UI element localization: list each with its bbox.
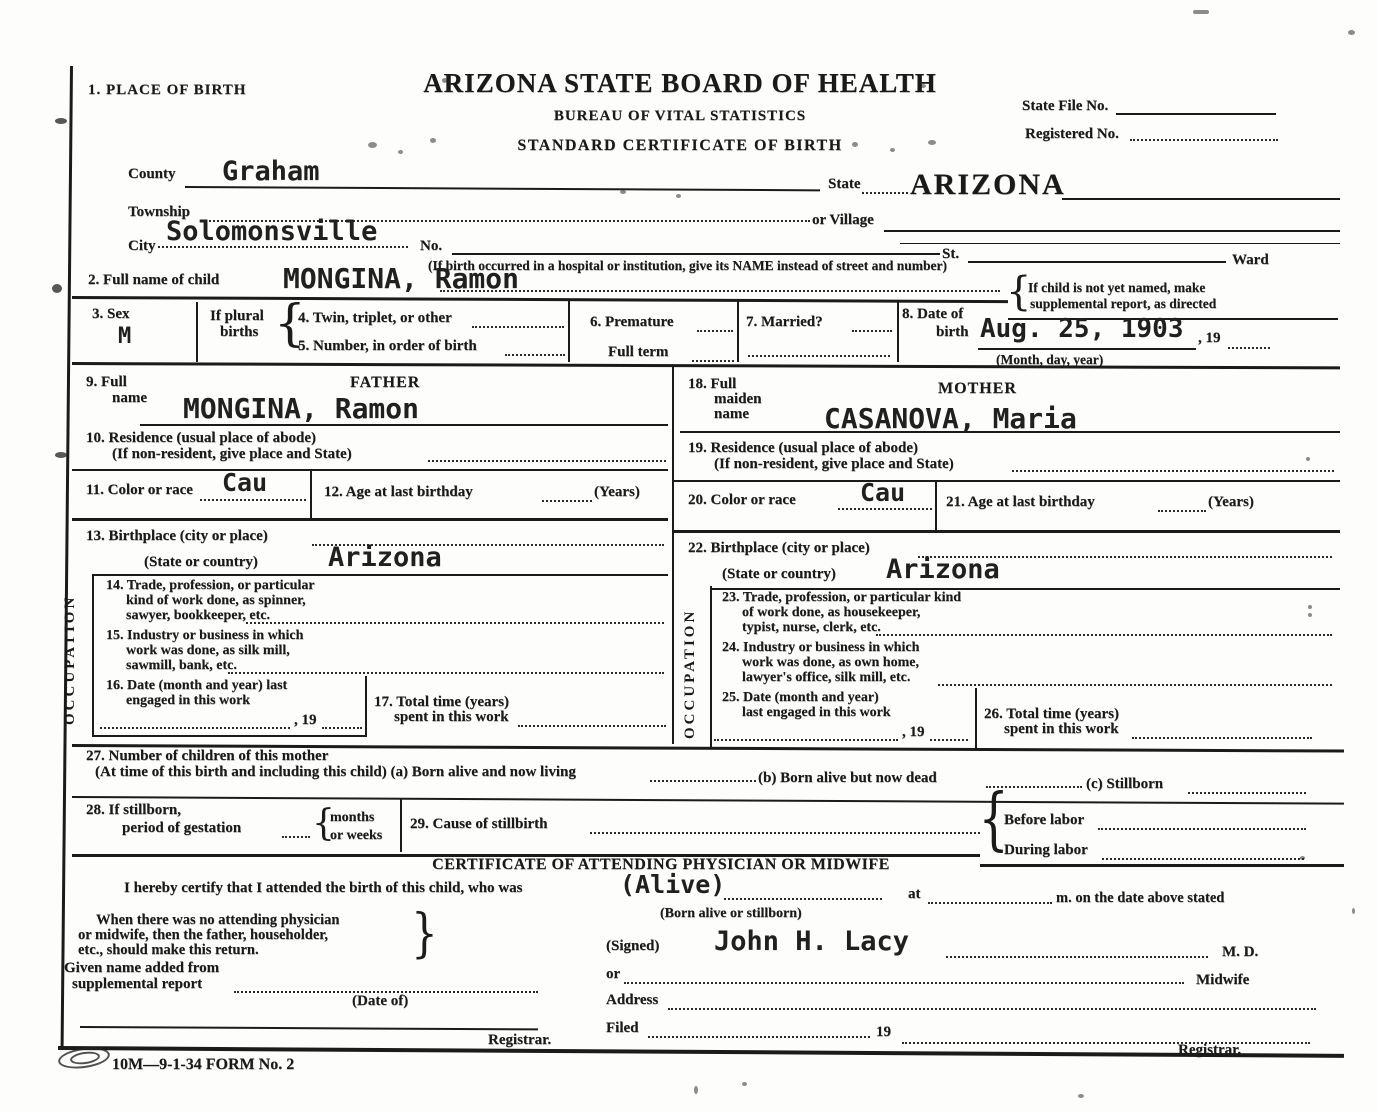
at-time-line [928,902,1052,904]
father-birthplace-value: Arizona [328,542,442,573]
scan-speck [676,194,681,198]
certify-statement: I hereby certify that I attended the bir… [124,880,522,897]
father-race-value: Cau [222,468,267,497]
months-label: months [330,810,374,826]
mother-industry-label-2: work was done, as own home, [742,655,919,671]
plural-births-label-2: births [220,324,258,341]
stillbirth-divider [400,798,402,852]
thick-rule-stillbirth-right [980,864,1344,867]
divider-plural [568,300,570,362]
father-age-label: 12. Age at last birthday [324,484,473,501]
scan-speck [694,1086,698,1094]
mother-date-last-line [714,739,898,741]
address-line [668,1008,1316,1010]
before-labor-line [1098,828,1306,830]
mother-residence-line [1012,470,1334,472]
stillborn-count-line [1188,792,1306,794]
mother-date-last-label-2: last engaged in this work [742,705,891,721]
village-line-2 [900,243,1340,244]
mother-name-line [680,431,1340,433]
father-fullname-label-1: 9. Full [86,374,127,391]
signed-value: John H. Lacy [714,926,909,957]
married-label: 7. Married? [746,314,823,331]
child-note-line2: supplemental report, as directed [1030,296,1216,312]
father-residence-note: (If non-resident, give place and State) [112,446,352,463]
state-leader [862,192,908,194]
state-line [1062,198,1340,200]
mother-age-line [1158,510,1206,512]
dob-19-line [1228,347,1270,349]
mother-race-value: Cau [860,478,905,507]
on-date-label: m. on the date above stated [1056,890,1224,907]
scan-speck [52,284,62,293]
registered-no-label: Registered No. [1025,126,1119,143]
date-of-note: (Date of) [352,993,408,1010]
county-value: Graham [222,156,320,187]
mother-industry-line [938,684,1332,686]
father-trade-line [246,622,664,624]
mother-age-years-label: (Years) [1208,494,1254,511]
filed-line [648,1036,870,1038]
mother-trade-label-2: of work done, as housekeeper, [742,605,920,621]
mother-race-age-divider [935,482,937,530]
rule-row27 [72,796,1344,805]
mother-industry-label-3: lawyer's office, silk mill, etc. [742,670,910,686]
mother-date-last-label-1: 25. Date (month and year) [722,690,879,706]
children-count-label-2: (At time of this birth and including thi… [95,764,576,781]
ward-label: Ward [1232,252,1269,269]
during-labor-line [1102,858,1304,860]
mother-race-label: 20. Color or race [688,492,796,509]
dob-label-2: birth [936,324,969,341]
born-alive-or-stillborn-note: (Born alive or stillborn) [660,906,802,922]
scan-speck [55,118,67,124]
father-age-line [542,500,592,502]
father-date-last-label-1: 16. Date (month and year) last [106,678,287,694]
mother-occupation-label: OCCUPATION [682,600,699,748]
father-race-rule [72,518,668,521]
mother-race-line [838,508,932,510]
given-name-added-label-1: Given name added from [64,960,219,977]
scan-speck [1306,457,1310,461]
dob-19-label: , 19 [1198,330,1221,347]
signed-line [946,956,1208,958]
mother-age-label: 21. Age at last birthday [946,494,1095,511]
alive-value: (Alive) [620,870,725,899]
father-birthplace-label: 13. Birthplace (city or place) [86,528,268,545]
birth-certificate-document: 1. PLACE OF BIRTH ARIZONA STATE BOARD OF… [0,0,1378,1113]
twin-line [472,326,564,328]
document-title: ARIZONA STATE BOARD OF HEALTH [400,68,960,99]
registrar-left-line [80,1026,538,1030]
left-border-line [61,66,73,1050]
mother-trade-line [876,634,1332,636]
father-age-years-label: (Years) [594,484,640,501]
father-race-line [200,499,306,501]
mother-trade-label-3: typist, nurse, clerk, etc. [742,620,881,636]
thick-rule-child [72,296,1008,303]
filed-19-line [902,1042,1310,1044]
birth-order-label: 5. Number, in order of birth [298,338,477,355]
house-no-label: No. [420,238,442,255]
father-date-last-19: , 19 [294,712,317,729]
father-total-time-label-2: spent in this work [394,709,509,726]
address-label: Address [606,992,658,1009]
village-line [884,230,1340,232]
mother-birthplace-label: 22. Birthplace (city or place) [688,540,870,557]
scan-speck [368,142,377,148]
child-name-line [440,290,1000,292]
father-industry-label-1: 15. Industry or business in which [106,628,303,644]
father-birthplace-rule [92,574,668,576]
mother-residence-label: 19. Residence (usual place of abode) [688,440,918,457]
father-residence-rule [72,469,668,471]
dob-label-1: 8. Date of [902,306,963,323]
scan-speck [1078,1094,1084,1098]
street-line [968,261,1226,263]
divider-married [897,300,899,362]
birth-order-line [505,354,565,356]
place-of-birth-label: 1. PLACE OF BIRTH [88,82,246,99]
mother-residence-note: (If non-resident, give place and State) [714,456,954,473]
sex-value: M [118,324,131,349]
father-race-label: 11. Color or race [86,482,193,499]
father-residence-line [428,460,666,462]
father-total-time-line [518,725,666,727]
mother-time-divider [975,688,977,748]
midwife-label: Midwife [1196,972,1249,989]
if-stillborn-label: 28. If stillborn, [86,802,181,819]
born-alive-living-line [650,780,756,782]
standard-subtitle: STANDARD CERTIFICATE OF BIRTH [400,137,960,155]
or-line [624,982,1184,984]
born-alive-dead-label: (b) Born alive but now dead [758,770,937,787]
mother-birthplace-note: (State or country) [722,566,836,583]
father-race-age-divider [310,470,312,518]
mother-race-rule [672,530,1340,533]
child-name-label: 2. Full name of child [88,272,219,289]
divider-premature [737,300,739,362]
father-occupation-bottom-rule [92,735,367,737]
house-no-line [452,253,940,255]
no-attendant-brace: } [411,908,437,960]
mother-date-last-19-line [930,739,968,741]
village-label: or Village [812,212,874,229]
form-number: 10M—9-1-34 FORM No. 2 [112,1056,294,1074]
scan-speck [1308,605,1312,609]
father-time-divider [365,676,367,736]
cause-stillbirth-label: 29. Cause of stillbirth [410,816,548,833]
scan-speck [55,452,67,458]
registered-no-line [1130,139,1278,141]
father-fullname-label-2: name [112,390,147,407]
dob-line [978,348,1196,350]
given-name-added-label-2: supplemental report [72,976,202,993]
father-name-value: MONGINA, Ramon [183,392,419,425]
county-line [185,186,820,191]
mother-date-last-19: , 19 [902,724,925,741]
father-residence-label: 10. Residence (usual place of abode) [86,430,316,447]
premature-label: 6. Premature [590,314,674,331]
father-name-line [140,424,668,426]
father-date-last-line [100,727,290,729]
mother-occupation-box-border [710,586,712,748]
married-line [852,330,892,332]
premature-line [697,330,733,332]
sex-label: 3. Sex [92,306,130,323]
during-labor-label: During labor [1004,842,1088,859]
mother-total-time-line [1132,737,1312,739]
father-mother-divider [672,366,674,744]
full-term-label: Full term [608,344,668,361]
city-label: City [128,238,156,255]
state-label: State [828,176,861,193]
registrar-left-label: Registrar. [488,1032,551,1049]
mother-birthplace-value: Arizona [886,554,1000,585]
state-value: ARIZONA [910,168,1066,202]
dob-value: Aug. 25, 1903 [980,314,1184,344]
father-date-last-label-2: engaged in this work [126,693,250,709]
dob-note: (Month, day, year) [996,352,1103,368]
father-industry-line [228,672,664,674]
stillborn-count-label: (c) Stillborn [1086,776,1163,793]
married-box-line [748,355,890,357]
or-label: or [606,966,620,983]
children-count-label-1: 27. Number of children of this mother [86,748,328,765]
md-label: M. D. [1222,944,1258,961]
full-term-line [692,360,734,362]
scan-speck [1193,10,1209,14]
weeks-label: or weeks [330,828,382,844]
scan-speck [1348,30,1355,35]
before-labor-label: Before labor [1004,812,1084,829]
father-section-title: FATHER [350,374,420,392]
city-value: Solomonsville [166,216,377,247]
father-trade-label-2: kind of work done, as spinner, [126,593,306,609]
mother-residence-rule [672,480,1340,482]
mother-industry-label-1: 24. Industry or business in which [722,640,919,656]
state-file-no-line [1116,113,1276,115]
father-occupation-label: OCCUPATION [62,586,79,734]
mother-trade-label-1: 23. Trade, profession, or particular kin… [722,590,961,606]
no-attendant-note-3: etc., should make this return. [78,942,259,959]
state-file-no-label: State File No. [1022,98,1108,115]
father-industry-label-3: sawmill, bank, etc. [126,658,237,674]
mother-total-time-label-2: spent in this work [1004,721,1119,738]
father-industry-label-2: work was done, as silk mill, [126,643,290,659]
divider-sex [196,302,198,362]
twin-label: 4. Twin, triplet, or other [298,310,452,327]
scan-speck [1308,613,1312,617]
mother-maiden-label-3: name [714,406,749,423]
child-note-line1: If child is not yet named, make [1028,280,1205,296]
thick-rule-row3 [72,362,1340,369]
county-label: County [128,166,176,183]
filed-label: Filed [606,1020,639,1037]
father-date-last-19-line [322,727,362,729]
gestation-label: period of gestation [122,820,241,837]
gestation-line [282,836,310,838]
father-birthplace-note: (State or country) [144,554,258,571]
mother-section-title: MOTHER [938,380,1017,398]
city-line [158,246,408,248]
father-trade-label-1: 14. Trade, profession, or particular [106,578,315,594]
plural-births-label-1: If plural [210,308,264,325]
alive-line [724,898,882,900]
scan-speck [1352,908,1355,914]
scan-speck [620,190,626,194]
bureau-subtitle: BUREAU OF VITAL STATISTICS [400,108,960,125]
cause-stillbirth-line [590,832,980,834]
filed-19-label: 19 [876,1024,891,1041]
scan-speck [742,1082,747,1086]
father-occupation-box-border [92,574,94,736]
signed-label: (Signed) [606,938,659,955]
at-label: at [908,886,921,903]
